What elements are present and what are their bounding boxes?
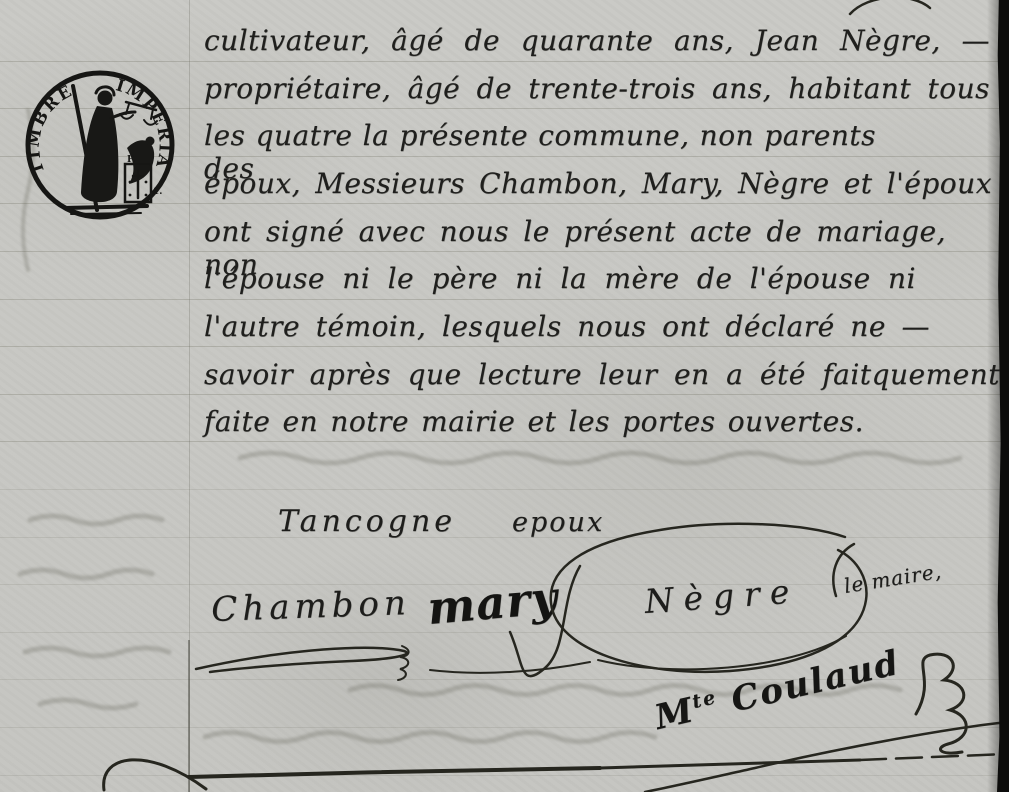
- ruled-line: [0, 203, 1001, 204]
- ruled-line: [0, 299, 1001, 300]
- signature-chambon: Chambon: [211, 583, 412, 630]
- negre-left-sweep: [430, 662, 590, 673]
- manuscript-line: l'épouse ni le père ni la mère de l'épou…: [204, 262, 916, 295]
- signature-coulaud-name: Coulaud: [727, 643, 903, 721]
- top-right-swash: [850, 0, 930, 14]
- ruled-line: [0, 441, 1001, 442]
- ruled-line: [0, 727, 1001, 728]
- ruled-line: [0, 108, 1001, 109]
- ruled-line: [0, 775, 1001, 776]
- bleed-through-stroke: [240, 453, 960, 463]
- signature-negre: Nègre: [643, 571, 800, 621]
- manuscript-line: l'autre témoin, lesquels nous ont déclar…: [204, 310, 930, 343]
- coulaud-paraph: [916, 654, 966, 753]
- signature-coulaud-sup: te: [690, 686, 719, 713]
- eagle-icon: [127, 137, 155, 185]
- ruled-line: [0, 632, 1001, 633]
- manuscript-line: propriétaire, âgé de trente-trois ans, h…: [204, 72, 990, 105]
- ruled-line: [0, 489, 1001, 490]
- cippus-icon: [125, 164, 151, 202]
- ruled-line: [0, 346, 1001, 347]
- scales-icon: [120, 102, 157, 125]
- stamp-ring: [28, 73, 172, 217]
- bleed-through-stroke: [205, 733, 655, 742]
- mayor-title-note: le maire,: [842, 559, 943, 598]
- bleed-through-stroke: [23, 110, 33, 270]
- bottom-rule-bold: [189, 768, 600, 777]
- manuscript-line: savoir après que lecture leur en a été f…: [204, 358, 1000, 391]
- signature-tancogne-role: epoux: [512, 507, 604, 538]
- bleed-through-stroke: [40, 700, 136, 708]
- signature-tancogne: Tancogneepoux: [278, 504, 604, 539]
- bottom-rule-mid: [600, 760, 860, 768]
- ruled-line: [0, 61, 1001, 62]
- timbre-imperial-stamp: TIMBRE IMPERIAL.: [23, 68, 177, 222]
- chambon-squiggle: [398, 646, 409, 680]
- manuscript-line: faite en notre mairie et les portes ouve…: [204, 405, 864, 438]
- staff-icon: [73, 86, 97, 210]
- bottom-rule-dashed: [860, 754, 1006, 760]
- svg-text:TIMBRE: TIMBRE: [24, 81, 77, 177]
- justice-figure-icon: F. 1.: [65, 86, 162, 214]
- stamp-mark-1: 1.: [153, 187, 162, 197]
- coulaud-cross-swash: [645, 722, 1008, 792]
- bleed-through-stroke: [30, 516, 162, 524]
- manuscript-line: cultivateur, âgé de quarante ans, Jean N…: [204, 24, 990, 57]
- signature-tancogne-name: Tancogne: [278, 504, 456, 539]
- bleed-through-stroke: [25, 648, 169, 656]
- manuscript-line: époux, Messieurs Chambon, Mary, Nègre et…: [204, 167, 992, 200]
- ruled-line: [0, 394, 1001, 395]
- bleed-through-stroke: [20, 570, 152, 578]
- stamp-text-timbre: TIMBRE: [24, 81, 77, 177]
- signature-coulaud: Mte Coulaud: [651, 643, 904, 738]
- scanned-document-page: TIMBRE IMPERIAL.: [0, 0, 1009, 792]
- signature-mary: mary: [425, 571, 560, 635]
- margin-line-lower: [188, 640, 190, 792]
- chambon-underline-flourish: [196, 648, 407, 672]
